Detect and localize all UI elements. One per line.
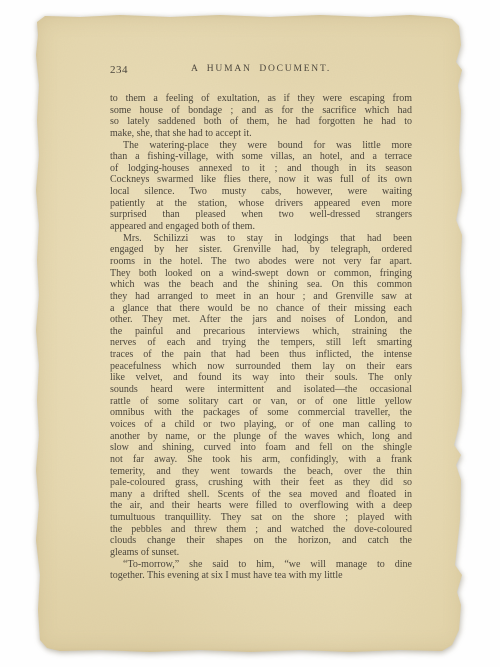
scan-background: 234 A HUMAN DOCUMENT. to them a feeling … <box>0 0 500 667</box>
page-shadow-wrap: 234 A HUMAN DOCUMENT. to them a feeling … <box>0 0 500 667</box>
text-line: clouds change their shapes on the horizo… <box>110 535 412 547</box>
text-line: tumultuous tranquillity. They sat on the… <box>110 512 412 524</box>
text-line: traces of the pain that had been thus in… <box>110 349 412 361</box>
text-line: appeared and engaged both of them. <box>110 221 412 233</box>
text-line: not far away. She took his arm, confidin… <box>110 454 412 466</box>
text-line: engaged by her sister. Grenville had, by… <box>110 244 412 256</box>
text-line: the air, and their hearts were filled to… <box>110 500 412 512</box>
text-line: another by name, or the plunge of the wa… <box>110 431 412 443</box>
text-line: surprised than pleased when two well-dre… <box>110 209 412 221</box>
text-line: so lately saddened both of them, he had … <box>110 116 412 128</box>
text-line: Cockneys swarmed like flies there, now i… <box>110 174 412 186</box>
page-header: 234 A HUMAN DOCUMENT. <box>110 64 412 78</box>
text-line: rattle of some solitary cart or van, or … <box>110 396 412 408</box>
text-line: which was the beach and the shining sea.… <box>110 279 412 291</box>
text-line: gleams of sunset. <box>110 547 412 559</box>
text-line: Mrs. Schilizzi was to stay in lodgings t… <box>110 233 412 245</box>
text-line: local silence. Two musty cabs, however, … <box>110 186 412 198</box>
text-line: the painful and precarious interviews wh… <box>110 326 412 338</box>
text-line: slow and shining, curved into foam and f… <box>110 442 412 454</box>
text-line: to them a feeling of exultation, as if t… <box>110 93 412 105</box>
text-line: peacefulness which now surrounded them l… <box>110 361 412 373</box>
text-line: together. This evening at six I must hav… <box>110 570 412 582</box>
text-line: the pebbles and threw them ; and watched… <box>110 524 412 536</box>
book-page: 234 A HUMAN DOCUMENT. to them a feeling … <box>35 15 465 652</box>
text-line: They both looked on a wind-swept down or… <box>110 268 412 280</box>
text-line: temerity, and they went towards the beac… <box>110 466 412 478</box>
text-line: other. They met. After the jars and nois… <box>110 314 412 326</box>
text-line: make, she, that she had to accept it. <box>110 128 412 140</box>
text-block: 234 A HUMAN DOCUMENT. to them a feeling … <box>110 15 412 582</box>
text-line: of lodging-houses annexed to it ; and th… <box>110 163 412 175</box>
running-title: A HUMAN DOCUMENT. <box>110 64 412 74</box>
text-line: a glance that there would be no chance o… <box>110 303 412 315</box>
text-line: voices of a child or two playing, or of … <box>110 419 412 431</box>
text-line: than a fishing-village, with some villas… <box>110 151 412 163</box>
text-line: omnibus with the packages of some commer… <box>110 407 412 419</box>
text-line: they had arranged to meet in an hour ; a… <box>110 291 412 303</box>
text-line: pale-coloured grass, crushing with their… <box>110 477 412 489</box>
text-line: rooms in the hotel. The two abodes were … <box>110 256 412 268</box>
page-number: 234 <box>110 64 128 76</box>
text-line: patiently at the station, whose drivers … <box>110 198 412 210</box>
text-line: “To-morrow,” she said to him, “we will m… <box>110 559 412 571</box>
text-line: like velvet, and found its way into thei… <box>110 372 412 384</box>
text-line: sounds heard were intermittent and isola… <box>110 384 412 396</box>
text-line: nerves of each and trying the tempers, s… <box>110 337 412 349</box>
text-line: some house of bondage ; and as for the s… <box>110 105 412 117</box>
text-line: many a drifted shell. Scents of the sea … <box>110 489 412 501</box>
text-line: The watering-place they were bound for w… <box>110 140 412 152</box>
page-body: to them a feeling of exultation, as if t… <box>110 93 412 582</box>
